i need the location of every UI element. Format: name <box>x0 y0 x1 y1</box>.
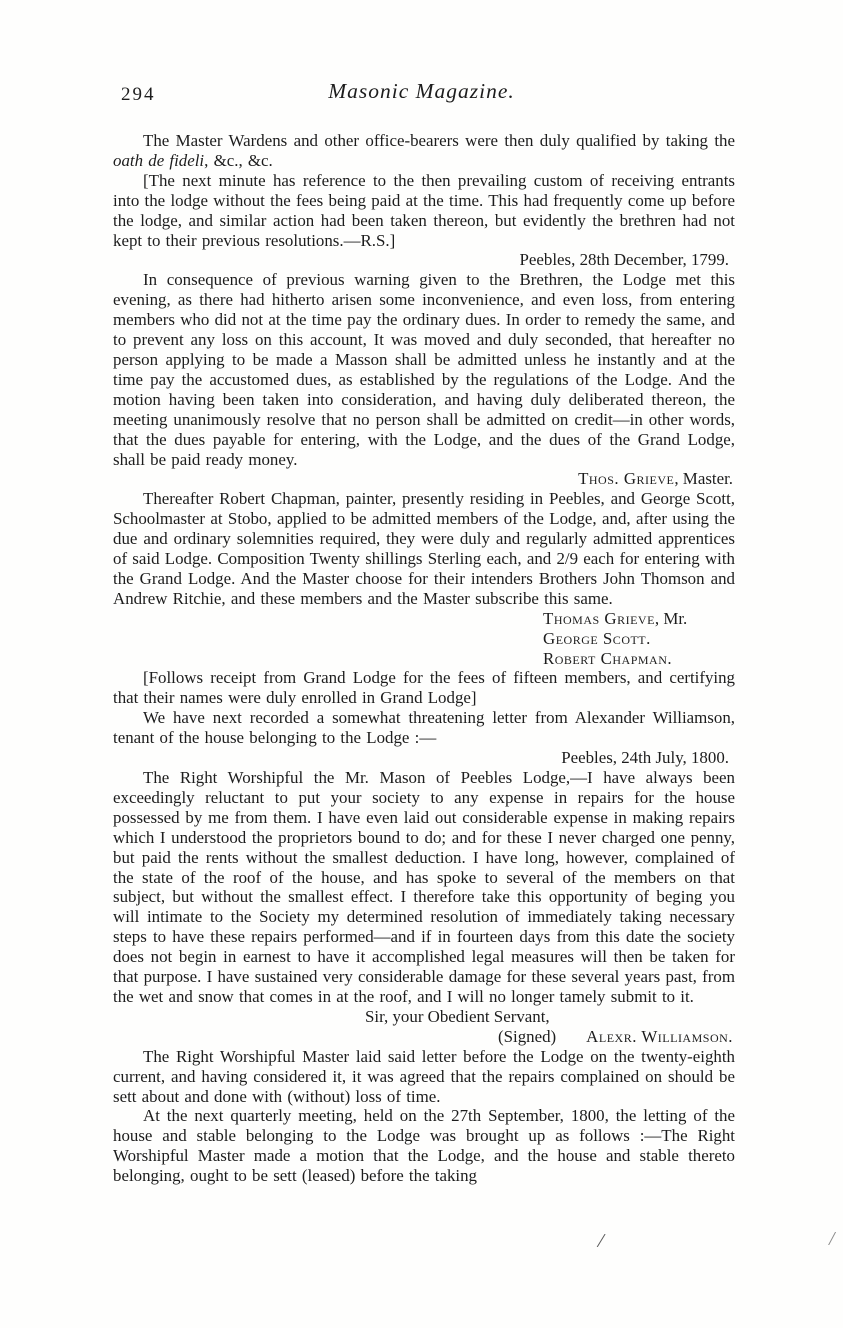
signature-title: . <box>646 629 650 648</box>
latin-phrase: oath de fideli <box>113 151 204 170</box>
signature-name: Thos. Grieve <box>578 469 674 488</box>
signature-block: Thomas Grieve, Mr. George Scott. Robert … <box>113 609 735 669</box>
signature-thos-grieve: Thos. Grieve, Master. <box>113 469 735 489</box>
para-letter-response: The Right Worshipful Master laid said le… <box>113 1047 735 1107</box>
para-resolution: In consequence of previous warning given… <box>113 270 735 469</box>
para-receipt-note: [Follows receipt from Grand Lodge for th… <box>113 668 735 708</box>
para-letter-body: The Right Worshipful the Mr. Mason of Pe… <box>113 768 735 1007</box>
signature-title: , Master. <box>674 469 733 488</box>
dateline-1800: Peebles, 24th July, 1800. <box>113 748 735 768</box>
para-minute-note: [The next minute has reference to the th… <box>113 171 735 251</box>
signature-name: Alexr. Williamson. <box>586 1027 733 1046</box>
para-letter-intro: We have next recorded a somewhat threate… <box>113 708 735 748</box>
signature-george-scott: George Scott. <box>543 629 735 649</box>
signature-name: Thomas Grieve <box>543 609 655 628</box>
stray-pen-mark: / <box>597 1230 604 1253</box>
signed-label: (Signed) <box>498 1027 556 1046</box>
dateline-1799: Peebles, 28th December, 1799. <box>113 250 735 270</box>
page: { "header": { "page_number": "294", "mag… <box>0 0 843 1328</box>
page-body: The Master Wardens and other office-bear… <box>113 131 735 1186</box>
stray-pen-mark: / <box>829 1228 835 1251</box>
signature-name: George Scott <box>543 629 646 648</box>
signature-name: Robert Chapman <box>543 649 667 668</box>
para-admissions: Thereafter Robert Chapman, painter, pres… <box>113 489 735 608</box>
signature-thomas-grieve: Thomas Grieve, Mr. <box>543 609 735 629</box>
scanned-page: 294 Masonic Magazine. The Master Wardens… <box>0 0 843 1328</box>
letter-signature: (Signed)Alexr. Williamson. <box>113 1027 735 1047</box>
para-qualification: The Master Wardens and other office-bear… <box>113 131 735 171</box>
letter-closing: Sir, your Obedient Servant, <box>365 1007 735 1027</box>
text-segment: , &c., &c. <box>204 151 273 170</box>
signature-robert-chapman: Robert Chapman. <box>543 649 735 669</box>
magazine-title: Masonic Magazine. <box>0 79 843 104</box>
signature-title: , Mr. <box>655 609 687 628</box>
para-quarterly-meeting: At the next quarterly meeting, held on t… <box>113 1106 735 1186</box>
text-segment: The Master Wardens and other office-bear… <box>143 131 735 150</box>
signature-title: . <box>667 649 671 668</box>
